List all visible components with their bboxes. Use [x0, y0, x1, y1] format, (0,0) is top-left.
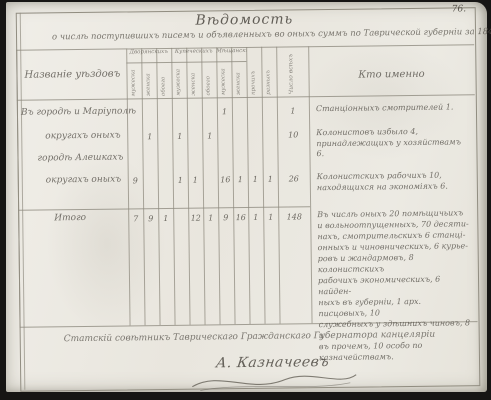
- cell-value: 1: [142, 132, 157, 141]
- column-header: женска: [235, 63, 241, 95]
- row-total-value: 26: [278, 174, 310, 183]
- summary-line: ныхъ въ губерніи, 1 арх. писцовыхъ, 10: [318, 295, 470, 319]
- column-header: обоего: [160, 64, 166, 96]
- total-row-label: Итого: [54, 213, 86, 223]
- signature-flourish-icon: [190, 367, 360, 395]
- total-column-header: Число всѣхъ: [288, 50, 295, 94]
- total-cell-value: 1: [263, 213, 278, 222]
- group-header: Дворянскихъ: [126, 49, 171, 63]
- row-note: Колонистовъ избыло 4, принадлежащихъ у х…: [316, 126, 466, 159]
- cell-value: 1: [248, 175, 263, 184]
- row-label: округахъ оныхъ: [46, 175, 121, 186]
- right-column-header: Кто именно: [308, 68, 474, 81]
- column-header: женска: [145, 64, 151, 96]
- table-column-rule: [276, 47, 280, 324]
- row-note: Колонистскихъ рабочихъ 10, находящихся н…: [317, 170, 467, 193]
- cell-value: 1: [172, 132, 187, 141]
- summary-line: ровъ и жандармовъ, 8 колонистскихъ: [318, 251, 470, 275]
- cell-value: 1: [188, 176, 203, 185]
- left-column-header: Названіе уѣздовъ: [24, 69, 122, 81]
- row-label: городѣ Алешкахъ: [37, 153, 123, 164]
- group-header: Купеческихъ: [171, 48, 216, 62]
- total-cell-value: 1: [158, 214, 173, 223]
- column-header: прочихъ: [250, 51, 257, 95]
- total-row-rule: [18, 206, 310, 211]
- page-number: 76.: [452, 4, 466, 14]
- table-column-rule: [16, 50, 20, 327]
- total-cell-value: 16: [233, 213, 248, 222]
- cell-value: 16: [218, 175, 233, 184]
- summary-line: рабочихъ экономическихъ, 6 найден-: [318, 273, 470, 297]
- cell-value: 9: [128, 176, 143, 185]
- column-header: мужеска: [130, 64, 136, 96]
- cell-value: 1: [217, 107, 232, 116]
- row-label: округахъ оныхъ: [45, 131, 120, 142]
- cell-value: 1: [202, 131, 217, 140]
- row-note: Станціонныхъ смотрителей 1.: [316, 102, 466, 114]
- total-cell-value: 9: [143, 214, 158, 223]
- row-label: Въ городѣ и Маріуполѣ: [21, 106, 136, 117]
- group-header: Мѣщанскихъ: [216, 48, 246, 61]
- total-cell-value: 9: [218, 213, 233, 222]
- cell-value: 1: [233, 175, 248, 184]
- table-column-rule: [308, 46, 312, 323]
- column-header: женска: [190, 64, 196, 96]
- row-total-value: 10: [277, 130, 309, 139]
- total-cell-value: 7: [128, 214, 143, 223]
- scanned-paper-sheet: Вѣдомость о числѣ поступившихъ писемъ и …: [6, 2, 487, 392]
- cell-value: 1: [173, 176, 188, 185]
- column-header: обоего: [205, 63, 211, 95]
- page-content: Вѣдомость о числѣ поступившихъ писемъ и …: [4, 0, 490, 395]
- cell-value: 1: [263, 175, 278, 184]
- total-cell-value: 1: [248, 213, 263, 222]
- grand-total-value: 148: [278, 212, 310, 221]
- total-cell-value: 1: [203, 213, 218, 222]
- statistics-table: ДворянскихъКупеческихъМѣщанскихъмужескаж…: [16, 44, 477, 327]
- column-header: мужеска: [220, 63, 226, 95]
- row-total-value: 1: [277, 106, 309, 115]
- column-header: мужеска: [175, 64, 181, 96]
- summary-line: въ прочемъ, 10 особо по казначействамъ.: [319, 339, 471, 363]
- total-cell-value: 12: [188, 214, 203, 223]
- column-header: разныхъ: [265, 51, 272, 95]
